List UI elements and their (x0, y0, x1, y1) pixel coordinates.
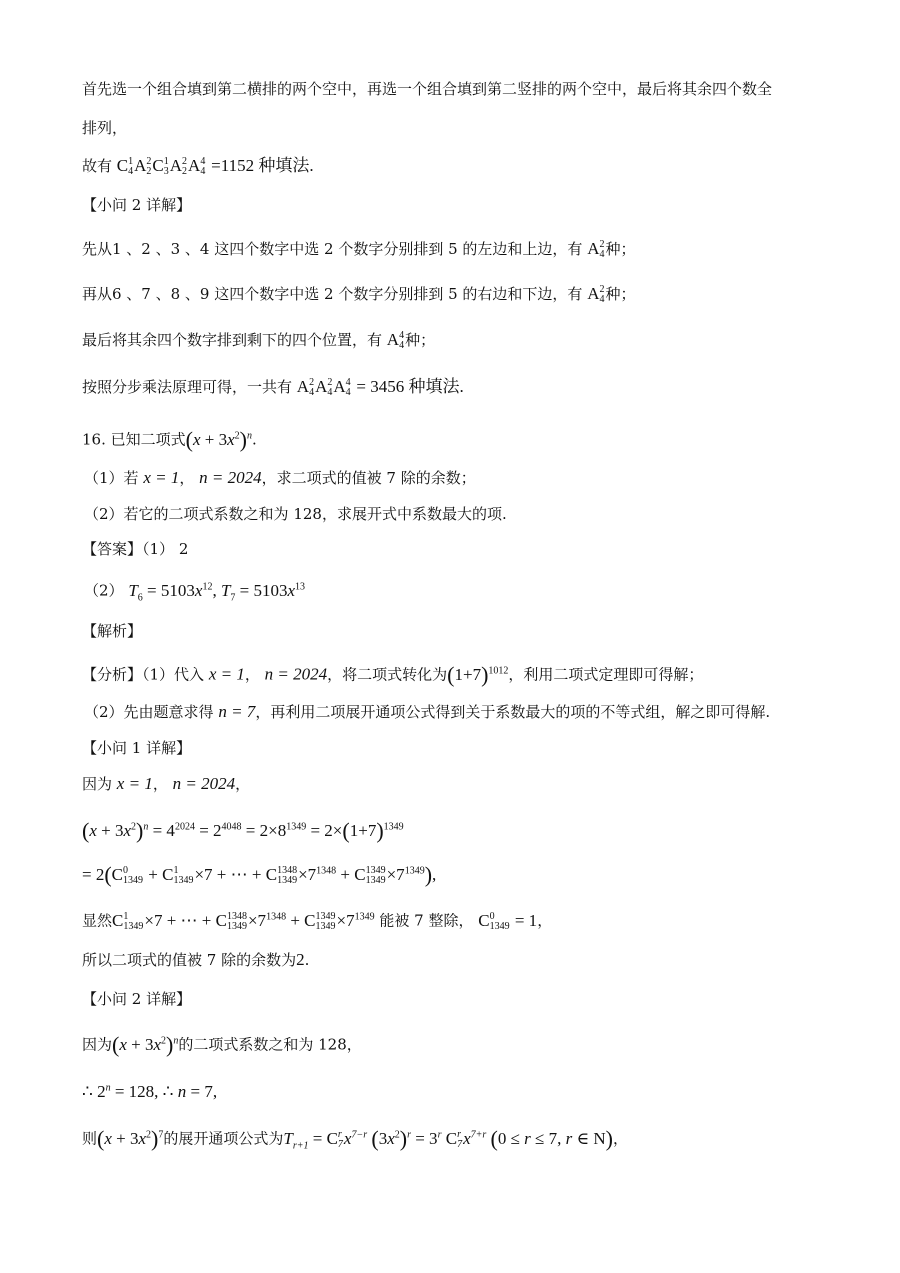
formula: x = 1 (143, 468, 179, 487)
formula: C14A22C13A22A44 (117, 156, 207, 175)
label: 【分析】 (82, 666, 142, 684)
formula: (x + 3x2)n = 42024 = 24048 = 2×81349 = 2… (82, 821, 404, 840)
binomial: (x + 3x2)n (186, 430, 252, 449)
text: ，再利用二项展开通项公式得到关于系数最大的项的不等式组，解之即可得解. (255, 703, 770, 721)
formula: A24A24A44 (297, 377, 352, 396)
formula: A24 (587, 284, 605, 303)
text: （2） (84, 582, 124, 600)
formula: x = 1 (117, 774, 153, 793)
question-16-part-1: （1）若 x = 1， n = 2024，求二项式的值被 7 除的余数； (84, 467, 476, 489)
text: （1）代入 (142, 666, 204, 684)
period: . (252, 431, 257, 449)
subquestion-1-header: 【小问 1 详解】 (82, 737, 191, 759)
text: 的二项式系数之和为 128， (178, 1036, 361, 1054)
formula-expansion: = 2(C01349 + C11349×7 + ⋯ + C13481349×71… (82, 860, 436, 886)
comma: ， (235, 775, 250, 793)
text-line-1: 首先选一个组合填到第二横排的两个空中，再选一个组合填到第二竖排的两个空中，最后将… (82, 78, 772, 100)
text: （2）先由题意求得 (84, 703, 214, 721)
comma: ， (245, 666, 260, 684)
text: 的展开通项公式为 (163, 1130, 283, 1148)
text: 因为 (82, 1036, 112, 1054)
because-line-2: 因为(x + 3x2)n的二项式系数之和为 128， (82, 1030, 362, 1056)
comma: ， (613, 1130, 628, 1148)
general-term-line: 则(x + 3x2)7的展开通项公式为Tr+1 = Cr7x7−r (3x2)r… (82, 1124, 628, 1157)
text: 能被 7 整除， (379, 912, 473, 930)
text: 因为 (82, 775, 112, 793)
formula-line-1152: 故有 C14A22C13A22A44 =1152 种填法. (82, 155, 314, 177)
text: 种； (405, 331, 435, 349)
text: ，将二项式转化为 (327, 666, 447, 684)
analysis-header: 【解析】 (82, 620, 142, 642)
subquestion-2-header-b: 【小问 2 详解】 (82, 988, 191, 1010)
because-line-1: 因为 x = 1， n = 2024， (82, 773, 250, 795)
result: =1152 种填法. (211, 156, 313, 175)
formula: A44 (387, 330, 405, 349)
formula: = 2(C01349 + C11349×7 + ⋯ + C13481349×71… (82, 865, 436, 884)
remainder-line: 所以二项式的值被 7 除的余数为2. (82, 949, 309, 971)
formula: C11349×7 + ⋯ + C13481349×71348 + C134913… (112, 911, 375, 930)
answer-label: 【答案】 (82, 540, 142, 558)
label: 故有 (82, 157, 112, 175)
analysis-line-2: （2）先由题意求得 n = 7，再利用二项展开通项公式得到关于系数最大的项的不等… (84, 701, 770, 723)
formula: n = 2024 (199, 468, 261, 487)
formula: Tr+1 = Cr7x7−r (3x2)r = 3r Cr7x7+r (0 ≤ … (283, 1129, 613, 1148)
answer-1: （1） 2 (142, 540, 188, 558)
analysis-line-1: 【分析】（1）代入 x = 1， n = 2024，将二项式转化为(1+7)10… (82, 660, 703, 686)
text-line-5: 先从1 、2 、3 、4 这四个数字中选 2 个数字分别排到 5 的左边和上边，… (82, 238, 636, 260)
text-line-7: 最后将其余四个数字排到剩下的四个位置，有 A44种； (82, 329, 435, 351)
binomial: (x + 3x2)n (112, 1035, 178, 1054)
formula: n = 2024 (173, 774, 235, 793)
formula: x = 1 (209, 665, 245, 684)
formula: n = 7 (218, 702, 255, 721)
answer-2: （2） T6 = 5103x12, T7 = 5103x13 (84, 576, 305, 609)
formula: (1+7)1012 (447, 665, 508, 684)
comma: ， (153, 775, 168, 793)
result: = 3456 种填法. (356, 377, 463, 396)
text-line-8: 按照分步乘法原理可得，一共有 A24A24A44 = 3456 种填法. (82, 376, 464, 398)
formula: n = 2024 (265, 665, 327, 684)
text-line-2: 排列， (82, 117, 127, 139)
text-line-6: 再从6 、7 、8 、9 这四个数字中选 2 个数字分别排到 5 的右边和下边，… (82, 283, 636, 305)
formula: T6 = 5103x12, T7 = 5103x13 (128, 581, 305, 600)
text: 最后将其余四个数字排到剩下的四个位置，有 (82, 331, 382, 349)
text: （1）若 (84, 469, 139, 487)
question-16: 16. 已知二项式(x + 3x2)n. (82, 425, 257, 451)
therefore-line: ∴ 2n = 128, ∴ n = 7, (82, 1077, 217, 1103)
comma: ， (537, 912, 552, 930)
formula: A24 (587, 239, 605, 258)
comma: ， (179, 469, 194, 487)
text: 种； (605, 240, 635, 258)
text: ，利用二项式定理即可得解； (508, 666, 703, 684)
text: 按照分步乘法原理可得，一共有 (82, 378, 292, 396)
text: 所以二项式的值被 7 除的余数为 (82, 951, 296, 969)
period: . (305, 951, 310, 969)
formula: ∴ 2n = 128, ∴ n = 7, (82, 1082, 217, 1101)
binomial: (x + 3x2)7 (97, 1129, 163, 1148)
value: 2 (296, 950, 305, 969)
formula: C01349 = 1 (478, 911, 537, 930)
formula-chain: (x + 3x2)n = 42024 = 24048 = 2×81349 = 2… (82, 816, 404, 842)
question-text: 16. 已知二项式 (82, 431, 186, 449)
question-16-part-2: （2）若它的二项式系数之和为 128，求展开式中系数最大的项. (84, 503, 507, 525)
text: 再从6 、7 、8 、9 这四个数字中选 2 个数字分别排到 5 的右边和下边，… (82, 285, 582, 303)
subquestion-2-header: 【小问 2 详解】 (82, 194, 191, 216)
text: 先从1 、2 、3 、4 这四个数字中选 2 个数字分别排到 5 的左边和上边，… (82, 240, 582, 258)
text: ，求二项式的值被 7 除的余数； (262, 469, 476, 487)
text: 显然 (82, 912, 112, 930)
text: 则 (82, 1130, 97, 1148)
text: 种； (605, 285, 635, 303)
divisible-line: 显然C11349×7 + ⋯ + C13481349×71348 + C1349… (82, 906, 552, 932)
answer: 【答案】（1） 2 (82, 538, 188, 560)
